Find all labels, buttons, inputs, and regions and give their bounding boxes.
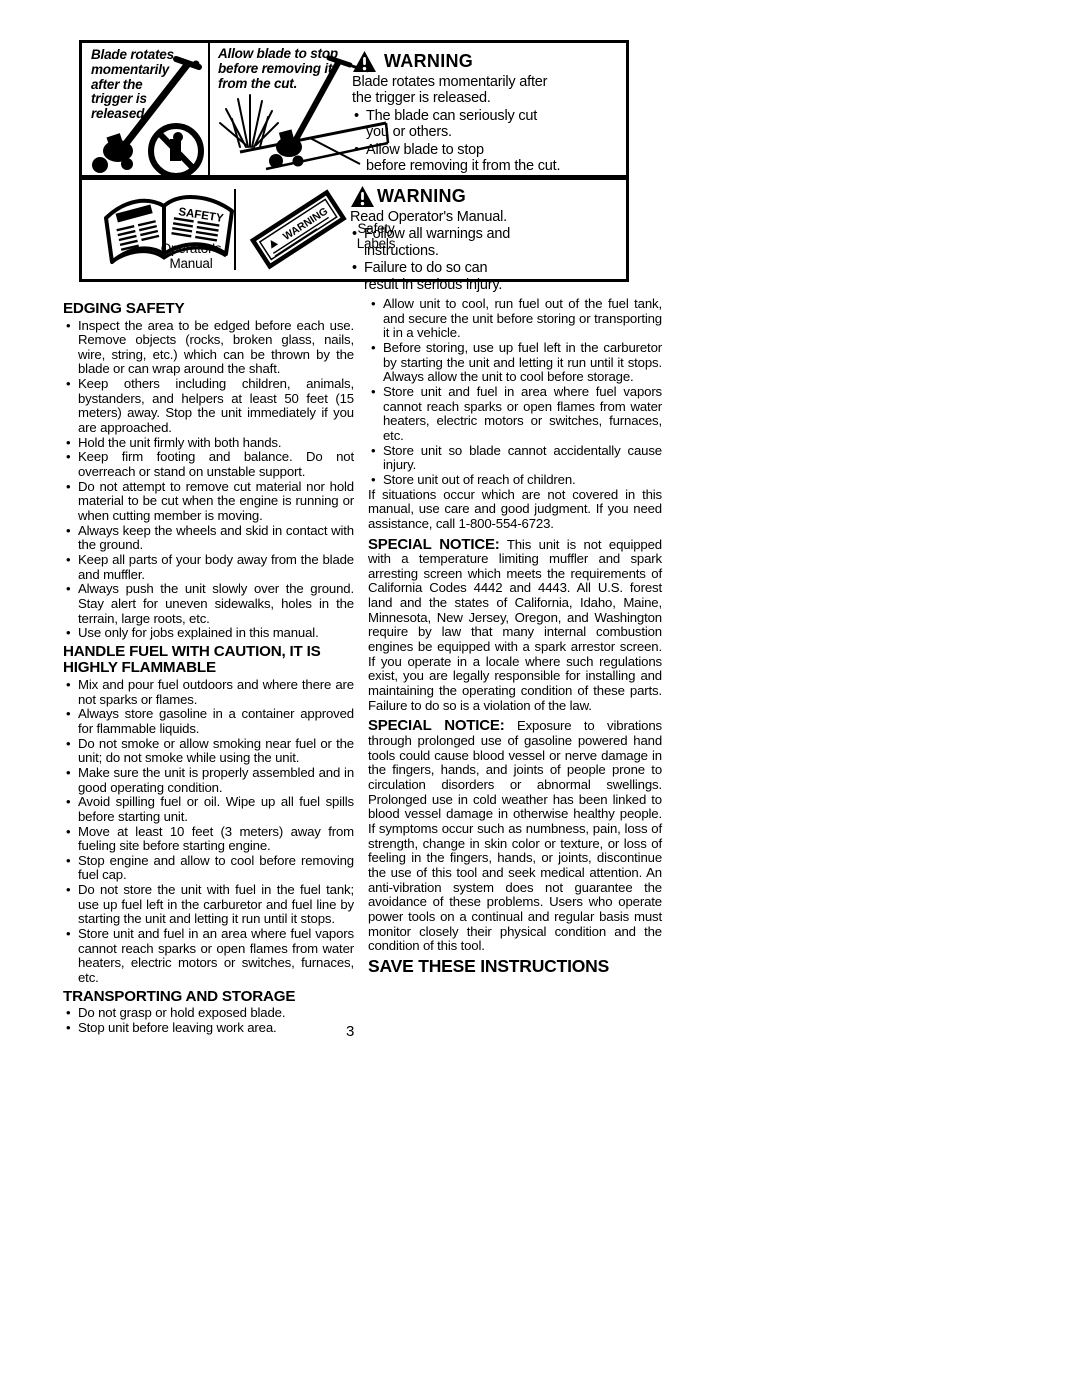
list-item: Mix and pour fuel outdoors and where the… [63, 678, 354, 707]
list-item: Inspect the area to be edged before each… [63, 319, 354, 378]
list-item: Always push the unit slowly over the gro… [63, 582, 354, 626]
warning-lead: Blade rotates momentarily after the trig… [352, 74, 624, 107]
warning-title: WARNING [377, 188, 466, 204]
list-item: Stop engine and allow to cool before rem… [63, 854, 354, 883]
list-item: Avoid spilling fuel or oil. Wipe up all … [63, 795, 354, 824]
list-item: Do not attempt to remove cut material no… [63, 480, 354, 524]
section-heading-edging-safety: EDGING SAFETY [63, 301, 354, 318]
list-item: Keep others including children, animals,… [63, 377, 354, 436]
list-item: Move at least 10 feet (3 meters) away fr… [63, 825, 354, 854]
panel-divider [234, 189, 236, 270]
list-item: Store unit so blade cannot accidentally … [368, 444, 662, 473]
list-item: Always store gasoline in a container app… [63, 707, 354, 736]
warning-bullet: Failure to do so can result in serious i… [350, 260, 624, 293]
special-notice-label: SPECIAL NOTICE: [368, 536, 500, 553]
section-heading-fuel: HANDLE FUEL WITH CAUTION, IT IS HIGHLY F… [63, 644, 354, 677]
list-item: Store unit and fuel in area where fuel v… [368, 385, 662, 444]
warning-box-manual: SAFETY Operator's Manual [79, 177, 629, 282]
warning-box-blade: Blade rotates momentarily after the trig… [79, 40, 629, 178]
warning-triangle-icon [352, 50, 377, 73]
list-item: Keep all parts of your body away from th… [63, 553, 354, 582]
right-column: Allow unit to cool, run fuel out of the … [368, 297, 662, 974]
list-item: Always keep the wheels and skid in conta… [63, 524, 354, 553]
warning-bullet: Follow all warnings and instructions. [350, 226, 624, 259]
special-notice-2: SPECIAL NOTICE: Exposure to vibrations t… [368, 719, 662, 954]
special-notice-1: SPECIAL NOTICE: This unit is not equippe… [368, 538, 662, 714]
special-notice-label: SPECIAL NOTICE: [368, 717, 505, 734]
list-item: Make sure the unit is properly assembled… [63, 766, 354, 795]
page-number: 3 [346, 1023, 354, 1040]
list-item: Store unit out of reach of children. [368, 473, 662, 488]
grass-icon [220, 95, 278, 147]
warning-title: WARNING [384, 53, 473, 69]
assistance-paragraph: If situations occur which are not covere… [368, 488, 662, 532]
prohibition-circle-icon [151, 126, 201, 175]
list-item: Keep firm footing and balance. Do not ov… [63, 450, 354, 479]
save-instructions-heading: SAVE THESE INSTRUCTIONS [368, 959, 662, 974]
warning-bullet: The blade can seriously cut you or other… [352, 108, 624, 141]
warning-lead: Read Operator's Manual. [350, 209, 624, 225]
manual-page: Blade rotates momentarily after the trig… [0, 0, 1080, 1397]
list-item: Hold the unit firmly with both hands. [63, 436, 354, 451]
section-heading-transporting: TRANSPORTING AND STORAGE [63, 989, 354, 1006]
operators-manual-caption: Operator's Manual [132, 242, 250, 271]
list-item: Allow unit to cool, run fuel out of the … [368, 297, 662, 341]
list-item: Use only for jobs explained in this manu… [63, 626, 354, 641]
list-item: Store unit and fuel in an area where fue… [63, 927, 354, 986]
warning-bullet: Allow blade to stop before removing it f… [352, 142, 624, 175]
left-column: EDGING SAFETY Inspect the area to be edg… [63, 298, 354, 1036]
list-item: Do not smoke or allow smoking near fuel … [63, 737, 354, 766]
list-item: Do not store the unit with fuel in the f… [63, 883, 354, 927]
list-item: Before storing, use up fuel left in the … [368, 341, 662, 385]
special-notice-text: Exposure to vibrations through prolonged… [368, 718, 662, 953]
edger-prohibition-illustration [84, 49, 208, 175]
list-item: Do not grasp or hold exposed blade. [63, 1006, 354, 1021]
special-notice-text: This unit is not equipped with a tempera… [368, 537, 662, 713]
list-item: Stop unit before leaving work area. [63, 1021, 354, 1036]
warning-triangle-icon [350, 185, 375, 208]
